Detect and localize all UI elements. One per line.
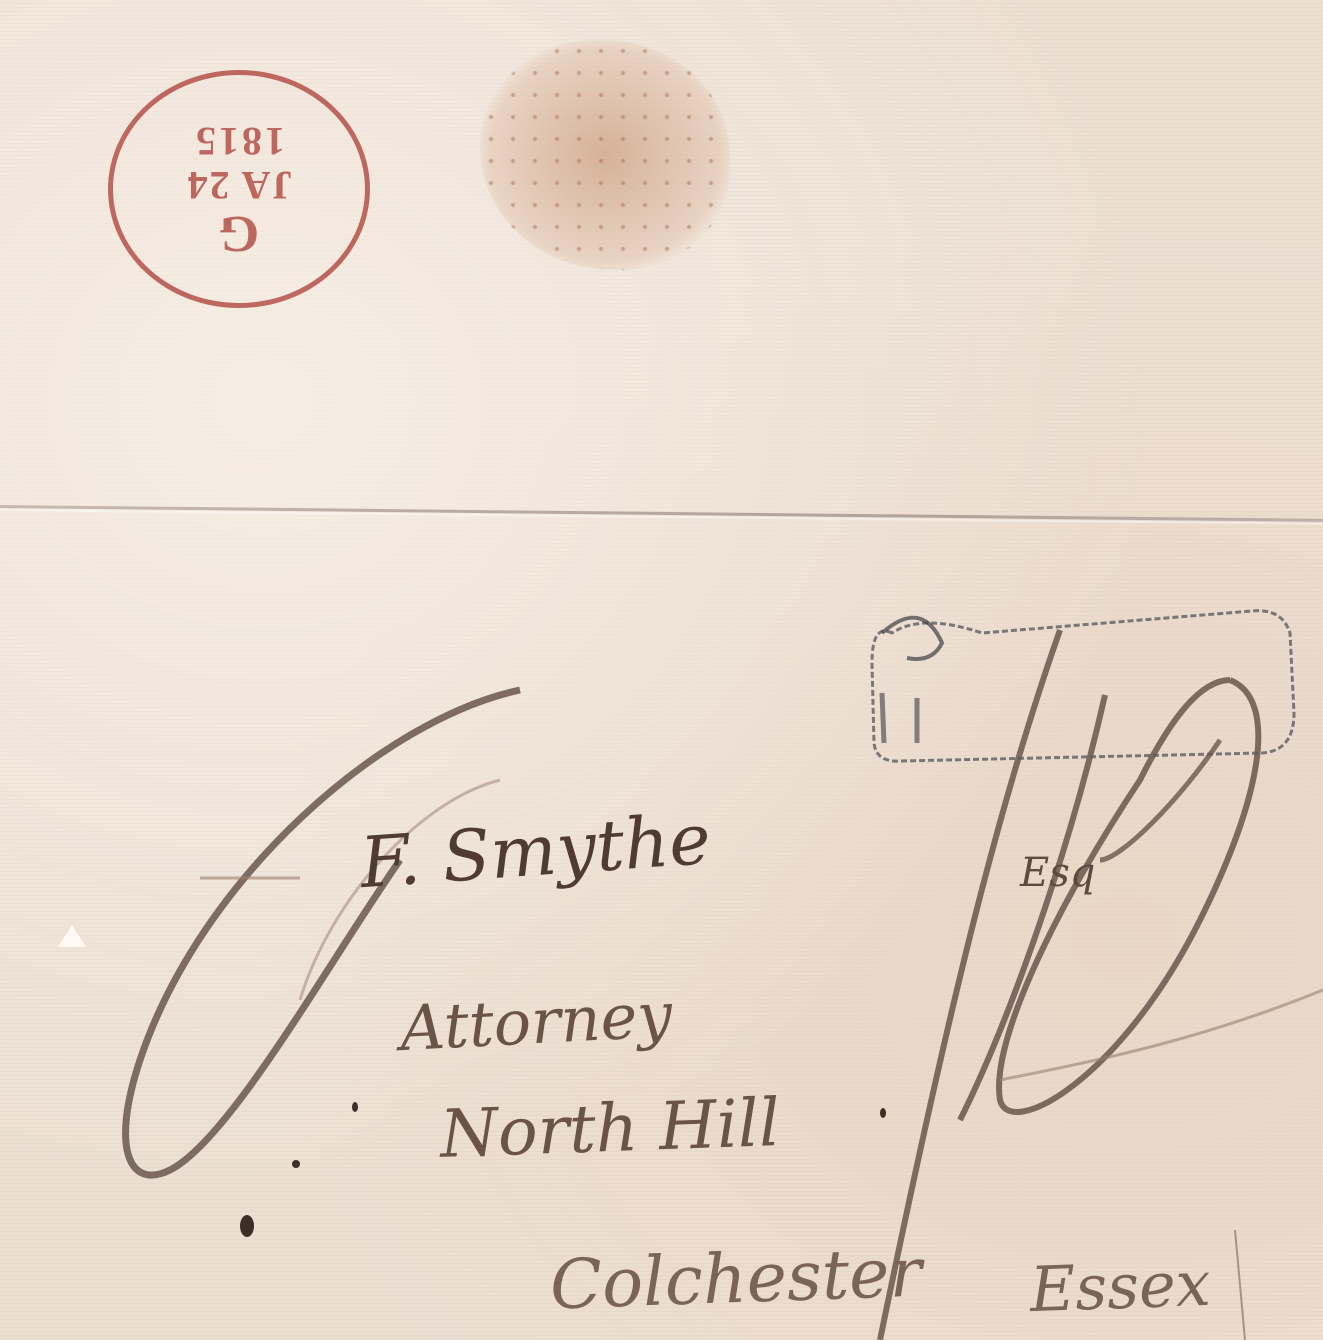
address-street: North Hill: [439, 1084, 781, 1173]
ink-blot: [240, 1215, 254, 1237]
ink-blot: [292, 1160, 300, 1168]
address-town: Colchester: [549, 1234, 923, 1326]
letter-cover: G JA 24 1815 F. Smythe Esq Attorney Nort…: [0, 0, 1323, 1340]
ink-blot: [352, 1102, 358, 1112]
addressee-honorific: Esq: [1020, 850, 1095, 896]
paper-tear: [58, 925, 86, 947]
ink-blot: [880, 1108, 886, 1118]
addressee-title: Attorney: [398, 978, 674, 1065]
address-county: Essex: [1029, 1247, 1212, 1326]
